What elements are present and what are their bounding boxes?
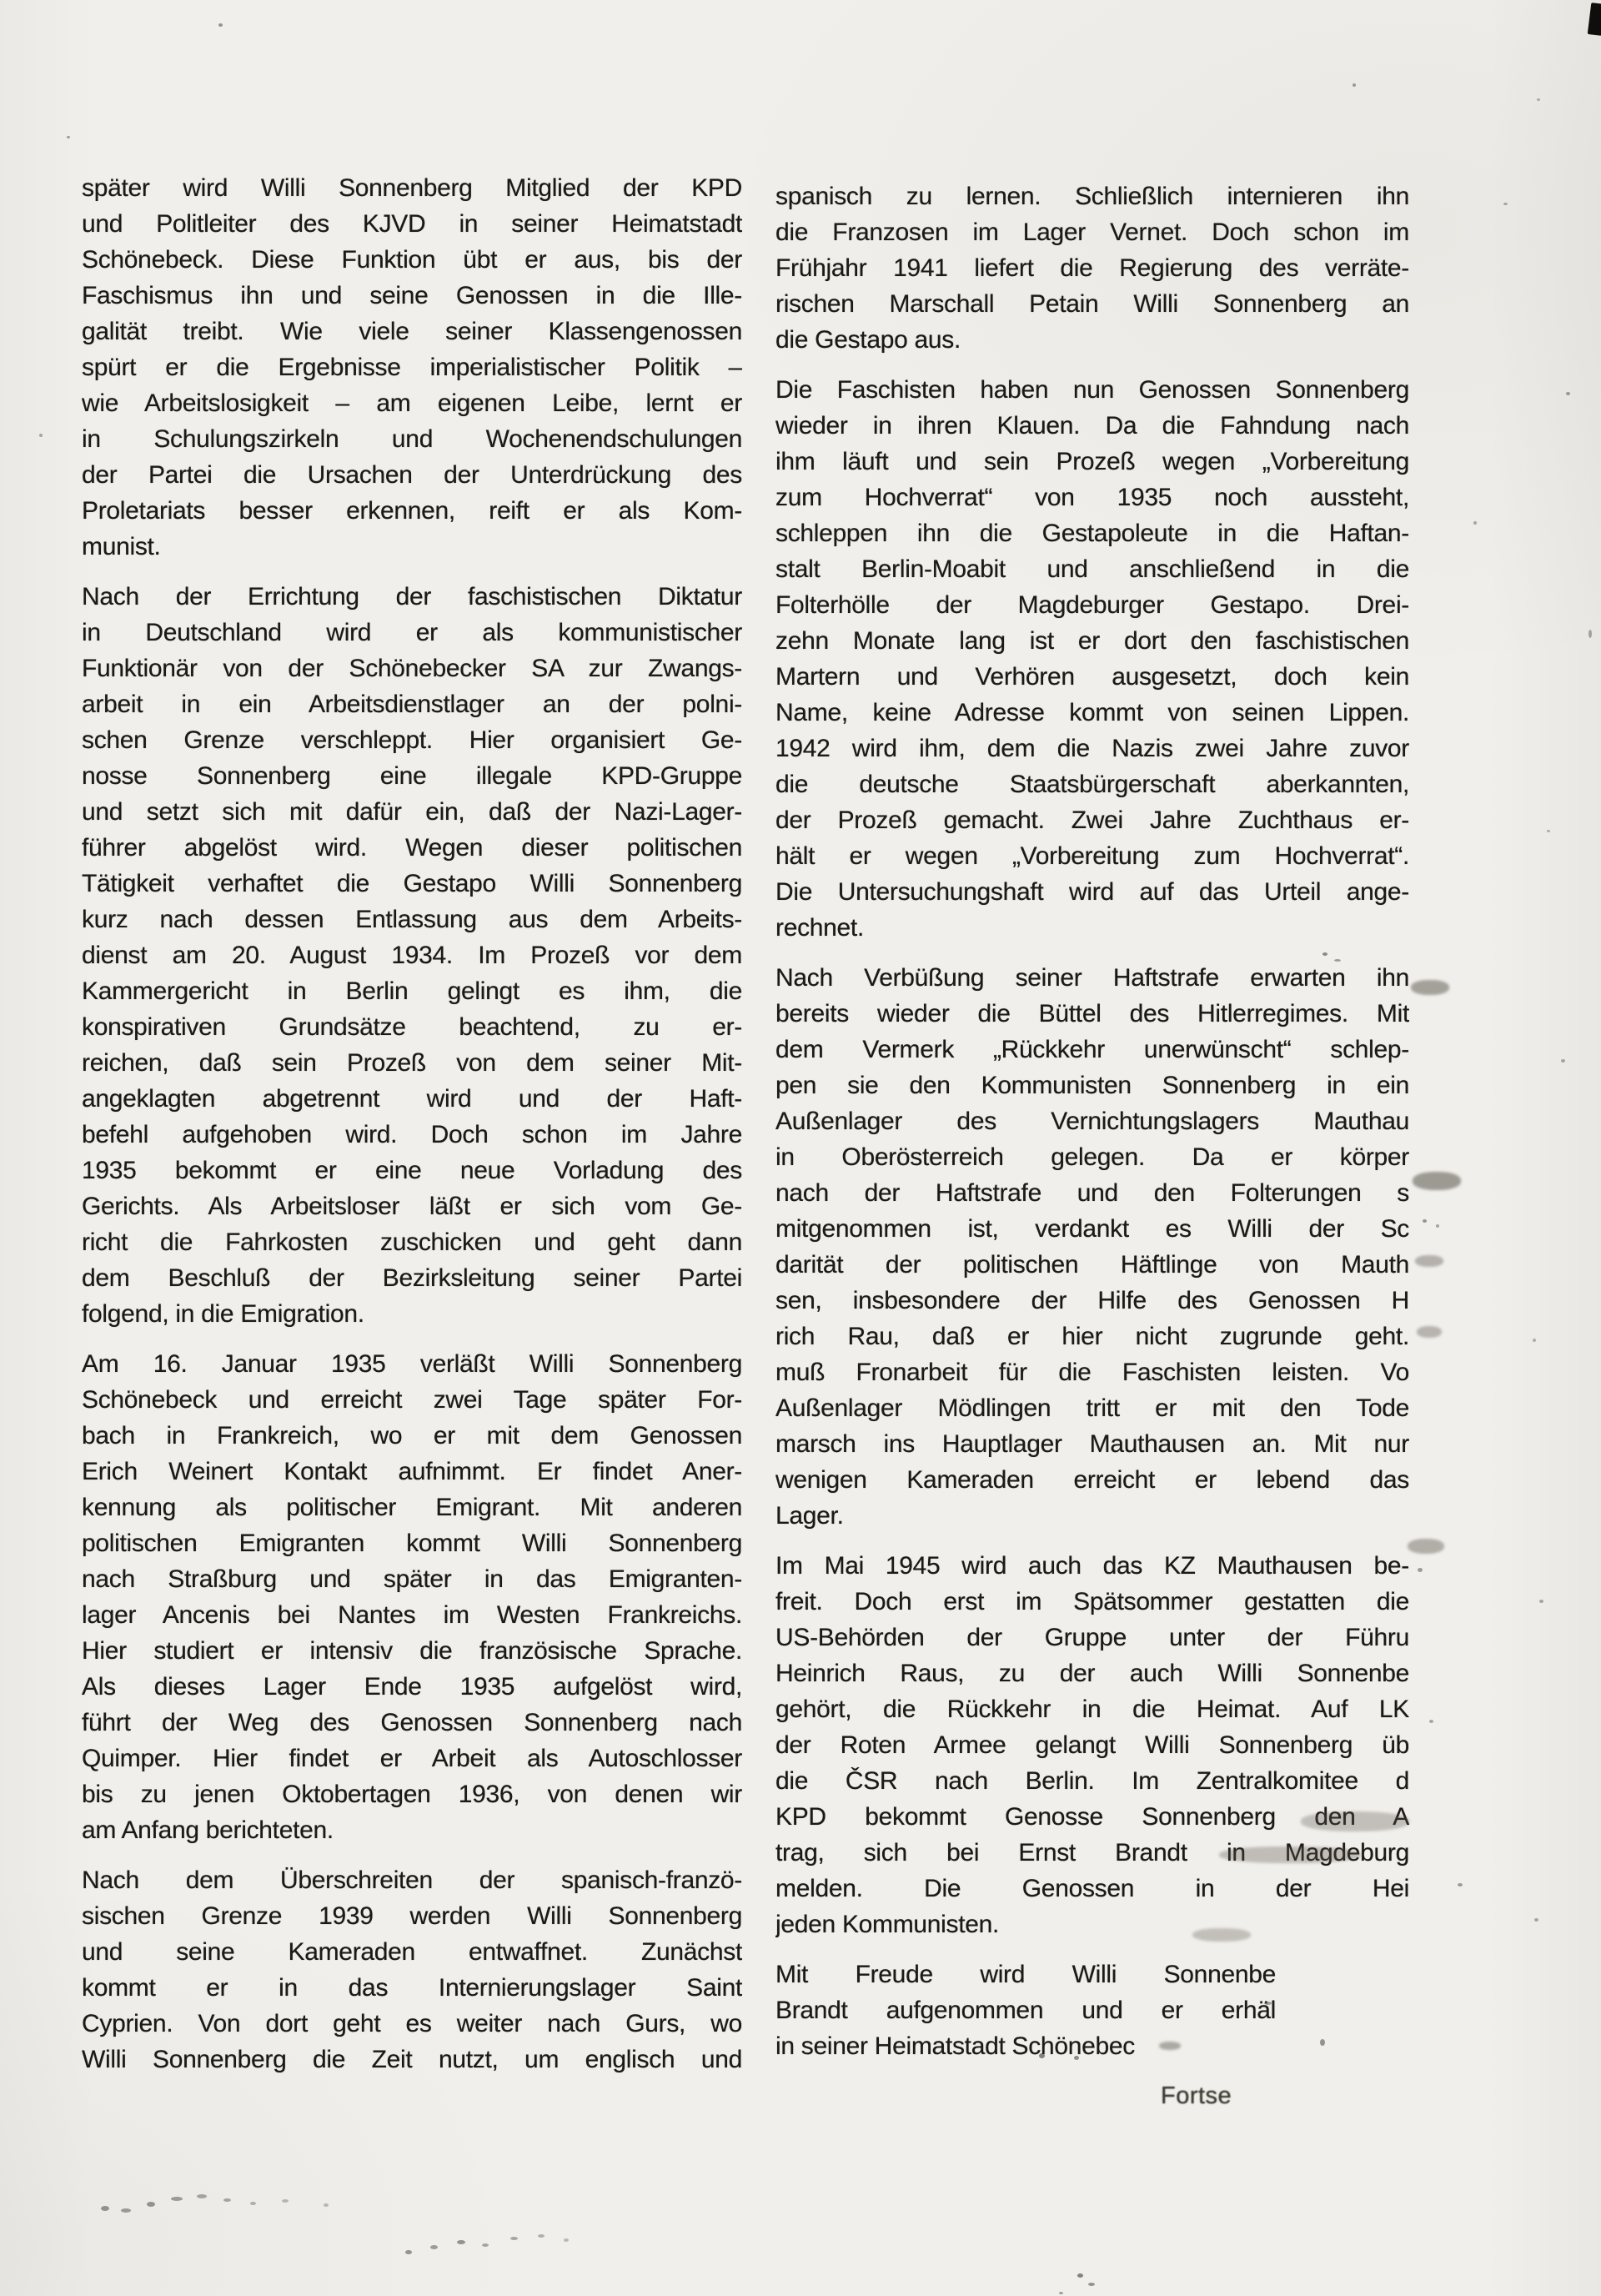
text-line: nosse Sonnenberg eine illegale KPD-Grupp… — [82, 758, 742, 794]
text-line: zehn Monate lang ist er dort den faschis… — [775, 623, 1409, 659]
text-line: führt der Weg des Genossen Sonnenberg na… — [82, 1705, 742, 1741]
text-line: melden. Die Genossen in der Hei — [775, 1871, 1409, 1907]
text-line: Proletariats besser erkennen, reift er a… — [82, 493, 742, 529]
text-line: in Oberösterreich gelegen. Da er körper — [775, 1139, 1409, 1175]
paragraph: später wird Willi Sonnenberg Mitglied de… — [82, 170, 742, 565]
scan-speck — [1077, 2273, 1083, 2278]
text-line: zum Hochverrat“ von 1935 noch aussteht, — [775, 480, 1409, 515]
text-line: Nach Verbüßung seiner Haftstrafe erwarte… — [775, 960, 1409, 996]
scan-speck — [1547, 830, 1550, 832]
text-line: 1935 bekommt er eine neue Vorladung des — [82, 1153, 742, 1188]
scan-speck — [1322, 952, 1327, 956]
text-line: rich Rau, daß er hier nicht zugrunde geh… — [775, 1319, 1409, 1354]
text-line: bis zu jenen Oktobertagen 1936, von dene… — [82, 1776, 742, 1812]
text-line: munist. — [82, 529, 742, 565]
text-line: kennung als politischer Emigrant. Mit an… — [82, 1490, 742, 1525]
text-line: lager Ancenis bei Nantes im Westen Frank… — [82, 1597, 742, 1633]
text-line: gehört, die Rückkehr in die Heimat. Auf … — [775, 1691, 1409, 1727]
scan-speck — [1473, 521, 1477, 525]
text-line: führer abgelöst wird. Wegen dieser polit… — [82, 830, 742, 866]
scan-speck — [171, 2197, 183, 2201]
text-line: pen sie den Kommunisten Sonnenberg in ei… — [775, 1068, 1409, 1103]
scan-speck — [1561, 1059, 1565, 1063]
scan-smudge — [1417, 1326, 1442, 1338]
paragraph: spanisch zu lernen. Schließlich internie… — [775, 178, 1409, 358]
scanned-document-page: später wird Willi Sonnenberg Mitglied de… — [0, 0, 1601, 2296]
text-line: Als dieses Lager Ende 1935 aufgelöst wir… — [82, 1669, 742, 1705]
paragraph: Am 16. Januar 1935 verläßt Willi Sonnenb… — [82, 1346, 742, 1848]
text-line: Name, keine Adresse kommt von seinen Lip… — [775, 695, 1409, 731]
scan-speck — [430, 2245, 438, 2249]
text-line: der Partei die Ursachen der Unterdrückun… — [82, 457, 742, 493]
continuation-marker: Fortse — [775, 2078, 1409, 2114]
scan-speck — [67, 136, 70, 138]
text-line: Außenlager des Vernichtungslagers Mautha… — [775, 1103, 1409, 1139]
text-line: wenigen Kameraden erreicht er lebend das — [775, 1462, 1409, 1498]
text-line: Schönebeck. Diese Funktion übt er aus, b… — [82, 242, 742, 278]
text-line: rechnet. — [775, 910, 1409, 946]
scan-speck — [1539, 1600, 1543, 1603]
text-line: Am 16. Januar 1935 verläßt Willi Sonnenb… — [82, 1346, 742, 1382]
text-line: die Gestapo aus. — [775, 322, 1409, 358]
scan-speck — [218, 23, 223, 27]
scan-speck — [39, 434, 43, 437]
text-line: wie Arbeitslosigkeit – am eigenen Leibe,… — [82, 385, 742, 421]
scan-smudge — [1413, 1172, 1461, 1190]
scan-speck — [1566, 392, 1570, 395]
scan-speck — [1088, 2283, 1095, 2286]
text-line: darität der politischen Häftlinge von Ma… — [775, 1247, 1409, 1283]
paragraph: Nach Verbüßung seiner Haftstrafe erwarte… — [775, 960, 1409, 1534]
text-line: arbeit in ein Arbeitsdienstlager an der … — [82, 686, 742, 722]
paragraph: Im Mai 1945 wird auch das KZ Mauthausen … — [775, 1548, 1409, 1942]
scan-speck — [147, 2202, 155, 2207]
scan-speck — [1039, 2053, 1045, 2058]
scan-speck — [1418, 1568, 1423, 1572]
text-line: Nach der Errichtung der faschistischen D… — [82, 579, 742, 615]
paragraph: Mit Freude wird Willi SonnenbeBrandt auf… — [775, 1957, 1409, 2064]
scan-smudge — [1415, 1255, 1443, 1267]
text-line: wieder in ihren Klauen. Da die Fahndung … — [775, 408, 1409, 444]
text-line: bach in Frankreich, wo er mit dem Genoss… — [82, 1418, 742, 1454]
text-line: ihm läuft und sein Prozeß wegen „Vorbere… — [775, 444, 1409, 480]
text-line: konspirativen Grundsätze beachtend, zu e… — [82, 1009, 742, 1045]
text-line: spanisch zu lernen. Schließlich internie… — [775, 178, 1409, 214]
scan-speck — [101, 2206, 109, 2211]
scan-speck — [1458, 1883, 1463, 1887]
text-line: Hier studiert er intensiv die französisc… — [82, 1633, 742, 1669]
text-line: Willi Sonnenberg die Zeit nutzt, um engl… — [82, 2042, 742, 2077]
scan-smudge — [1408, 1539, 1444, 1554]
text-line: kurz nach dessen Entlassung aus dem Arbe… — [82, 902, 742, 937]
paragraph: Die Faschisten haben nun Genossen Sonnen… — [775, 372, 1409, 946]
scan-smudge — [1301, 1811, 1409, 1831]
text-line: Nach dem Überschreiten der spanisch-fran… — [82, 1862, 742, 1898]
text-line: Die Untersuchungshaft wird auf das Urtei… — [775, 874, 1409, 910]
text-line: Außenlager Mödlingen tritt er mit den To… — [775, 1390, 1409, 1426]
text-line: der Prozeß gemacht. Zwei Jahre Zuchthaus… — [775, 802, 1409, 838]
text-line: politischen Emigranten kommt Willi Sonne… — [82, 1525, 742, 1561]
text-line: galität treibt. Wie viele seiner Klassen… — [82, 314, 742, 349]
text-line: befehl aufgehoben wird. Doch schon im Ja… — [82, 1117, 742, 1153]
scan-speck — [1436, 1224, 1439, 1228]
text-line: Im Mai 1945 wird auch das KZ Mauthausen … — [775, 1548, 1409, 1584]
scan-speck — [1264, 2002, 1272, 2005]
scan-speck — [223, 2198, 231, 2202]
scan-speck — [1537, 98, 1540, 101]
text-line: Schönebeck und erreicht zwei Tage später… — [82, 1382, 742, 1418]
text-line: Gerichts. Als Arbeitsloser läßt er sich … — [82, 1188, 742, 1224]
text-line: mitgenommen ist, verdankt es Willi der S… — [775, 1211, 1409, 1247]
scan-speck — [1423, 1219, 1427, 1223]
text-line: schen Grenze verschleppt. Hier organisie… — [82, 722, 742, 758]
text-line: die deutsche Staatsbürgerschaft aberkann… — [775, 766, 1409, 802]
text-line: spürt er die Ergebnisse imperialistische… — [82, 349, 742, 385]
scan-speck — [121, 2208, 131, 2213]
scan-speck — [250, 2202, 256, 2205]
text-line: Brandt aufgenommen und er erhäl — [775, 1992, 1276, 2028]
text-line: marsch ins Hauptlager Mauthausen an. Mit… — [775, 1426, 1409, 1462]
text-line: angeklagten abgetrennt wird und der Haft… — [82, 1081, 742, 1117]
scan-speck — [1059, 2292, 1063, 2294]
text-line: muß Fronarbeit für die Faschisten leiste… — [775, 1354, 1409, 1390]
text-line: reichen, daß sein Prozeß von dem seiner … — [82, 1045, 742, 1081]
paragraph: Nach dem Überschreiten der spanisch-fran… — [82, 1862, 742, 2077]
text-line: folgend, in die Emigration. — [82, 1296, 742, 1332]
text-line: Erich Weinert Kontakt aufnimmt. Er finde… — [82, 1454, 742, 1490]
scan-speck — [1503, 203, 1508, 205]
text-line: dienst am 20. August 1934. Im Prozeß vor… — [82, 937, 742, 973]
text-line: und seine Kameraden entwaffnet. Zunächst — [82, 1934, 742, 1970]
text-line: Lager. — [775, 1498, 1409, 1534]
text-line: nach der Haftstrafe und den Folterungen … — [775, 1175, 1409, 1211]
text-line: Cyprien. Von dort geht es weiter nach Gu… — [82, 2006, 742, 2042]
scan-speck — [405, 2250, 412, 2254]
text-line: später wird Willi Sonnenberg Mitglied de… — [82, 170, 742, 206]
text-line: die Franzosen im Lager Vernet. Doch scho… — [775, 214, 1409, 250]
text-line: US-Behörden der Gruppe unter der Führu — [775, 1620, 1409, 1655]
scan-speck — [1533, 1339, 1536, 1342]
scan-speck — [510, 2237, 518, 2240]
scan-smudge — [1411, 980, 1449, 995]
text-line: 1942 wird ihm, dem die Nazis zwei Jahre … — [775, 731, 1409, 766]
scan-smudge — [1219, 1846, 1361, 1863]
text-line: Martern und Verhören ausgesetzt, doch ke… — [775, 659, 1409, 695]
text-line: Kammergericht in Berlin gelingt es ihm, … — [82, 973, 742, 1009]
text-line: in Schulungszirkeln und Wochenendschulun… — [82, 421, 742, 457]
text-line: hält er wegen „Vorbereitung zum Hochverr… — [775, 838, 1409, 874]
scan-corner-mark — [1588, 3, 1601, 36]
scan-smudge — [1192, 1928, 1251, 1942]
text-line: Heinrich Raus, zu der auch Willi Sonnenb… — [775, 1655, 1409, 1691]
scan-speck — [1588, 630, 1592, 638]
scan-speck — [1334, 959, 1341, 962]
text-line: und Politleiter des KJVD in seiner Heima… — [82, 206, 742, 242]
text-line: der Roten Armee gelangt Willi Sonnenberg… — [775, 1727, 1409, 1763]
text-line: Frühjahr 1941 liefert die Regierung des … — [775, 250, 1409, 286]
scan-speck — [564, 2238, 569, 2242]
text-line: Faschismus ihn und seine Genossen in die… — [82, 278, 742, 314]
scan-speck — [1429, 1720, 1433, 1723]
text-line: Folterhölle der Magdeburger Gestapo. Dre… — [775, 587, 1409, 623]
text-line: stalt Berlin-Moabit und anschließend in … — [775, 551, 1409, 587]
text-line: sen, insbesondere der Hilfe des Genossen… — [775, 1283, 1409, 1319]
text-line: nach Straßburg und später in das Emigran… — [82, 1561, 742, 1597]
text-line: am Anfang berichteten. — [82, 1812, 742, 1848]
scan-smudge — [1159, 2042, 1181, 2050]
scan-speck — [1534, 1918, 1538, 1922]
text-line: Tätigkeit verhaftet die Gestapo Willi So… — [82, 866, 742, 902]
text-line: freit. Doch erst im Spätsommer gestatten… — [775, 1584, 1409, 1620]
text-line: die ČSR nach Berlin. Im Zentralkomitee d — [775, 1763, 1409, 1799]
scan-speck — [324, 2203, 329, 2207]
text-line: rischen Marschall Petain Willi Sonnenber… — [775, 286, 1409, 322]
text-line: bereits wieder die Büttel des Hitlerregi… — [775, 996, 1409, 1032]
text-line: Die Faschisten haben nun Genossen Sonnen… — [775, 372, 1409, 408]
scan-speck — [457, 2240, 465, 2244]
text-line: dem Vermerk „Rückkehr unerwünscht“ schle… — [775, 1032, 1409, 1068]
text-line: sischen Grenze 1939 werden Willi Sonnenb… — [82, 1898, 742, 1934]
text-line: Quimper. Hier findet er Arbeit als Autos… — [82, 1741, 742, 1776]
scan-speck — [1320, 2039, 1325, 2046]
text-line: und setzt sich mit dafür ein, daß der Na… — [82, 794, 742, 830]
text-line: Mit Freude wird Willi Sonnenbe — [775, 1957, 1276, 1992]
text-line: richt die Fahrkosten zuschicken und geht… — [82, 1224, 742, 1260]
text-line: schleppen ihn die Gestapoleute in die Ha… — [775, 515, 1409, 551]
scan-speck — [1353, 83, 1356, 87]
text-line: Funktionär von der Schönebecker SA zur Z… — [82, 651, 742, 686]
text-line: kommt er in das Internierungslager Saint — [82, 1970, 742, 2006]
paragraph: Nach der Errichtung der faschistischen D… — [82, 579, 742, 1332]
scan-speck — [197, 2194, 207, 2198]
scan-speck — [482, 2243, 489, 2247]
text-line: dem Beschluß der Bezirksleitung seiner P… — [82, 1260, 742, 1296]
scan-speck — [1074, 2056, 1079, 2060]
text-line: jeden Kommunisten. — [775, 1907, 1409, 1942]
scan-speck — [538, 2234, 545, 2238]
text-line: in Deutschland wird er als kommunistisch… — [82, 615, 742, 651]
text-line: in seiner Heimatstadt Schönebec — [775, 2028, 1276, 2064]
scan-speck — [282, 2199, 289, 2203]
left-text-column: später wird Willi Sonnenberg Mitglied de… — [82, 170, 742, 2092]
